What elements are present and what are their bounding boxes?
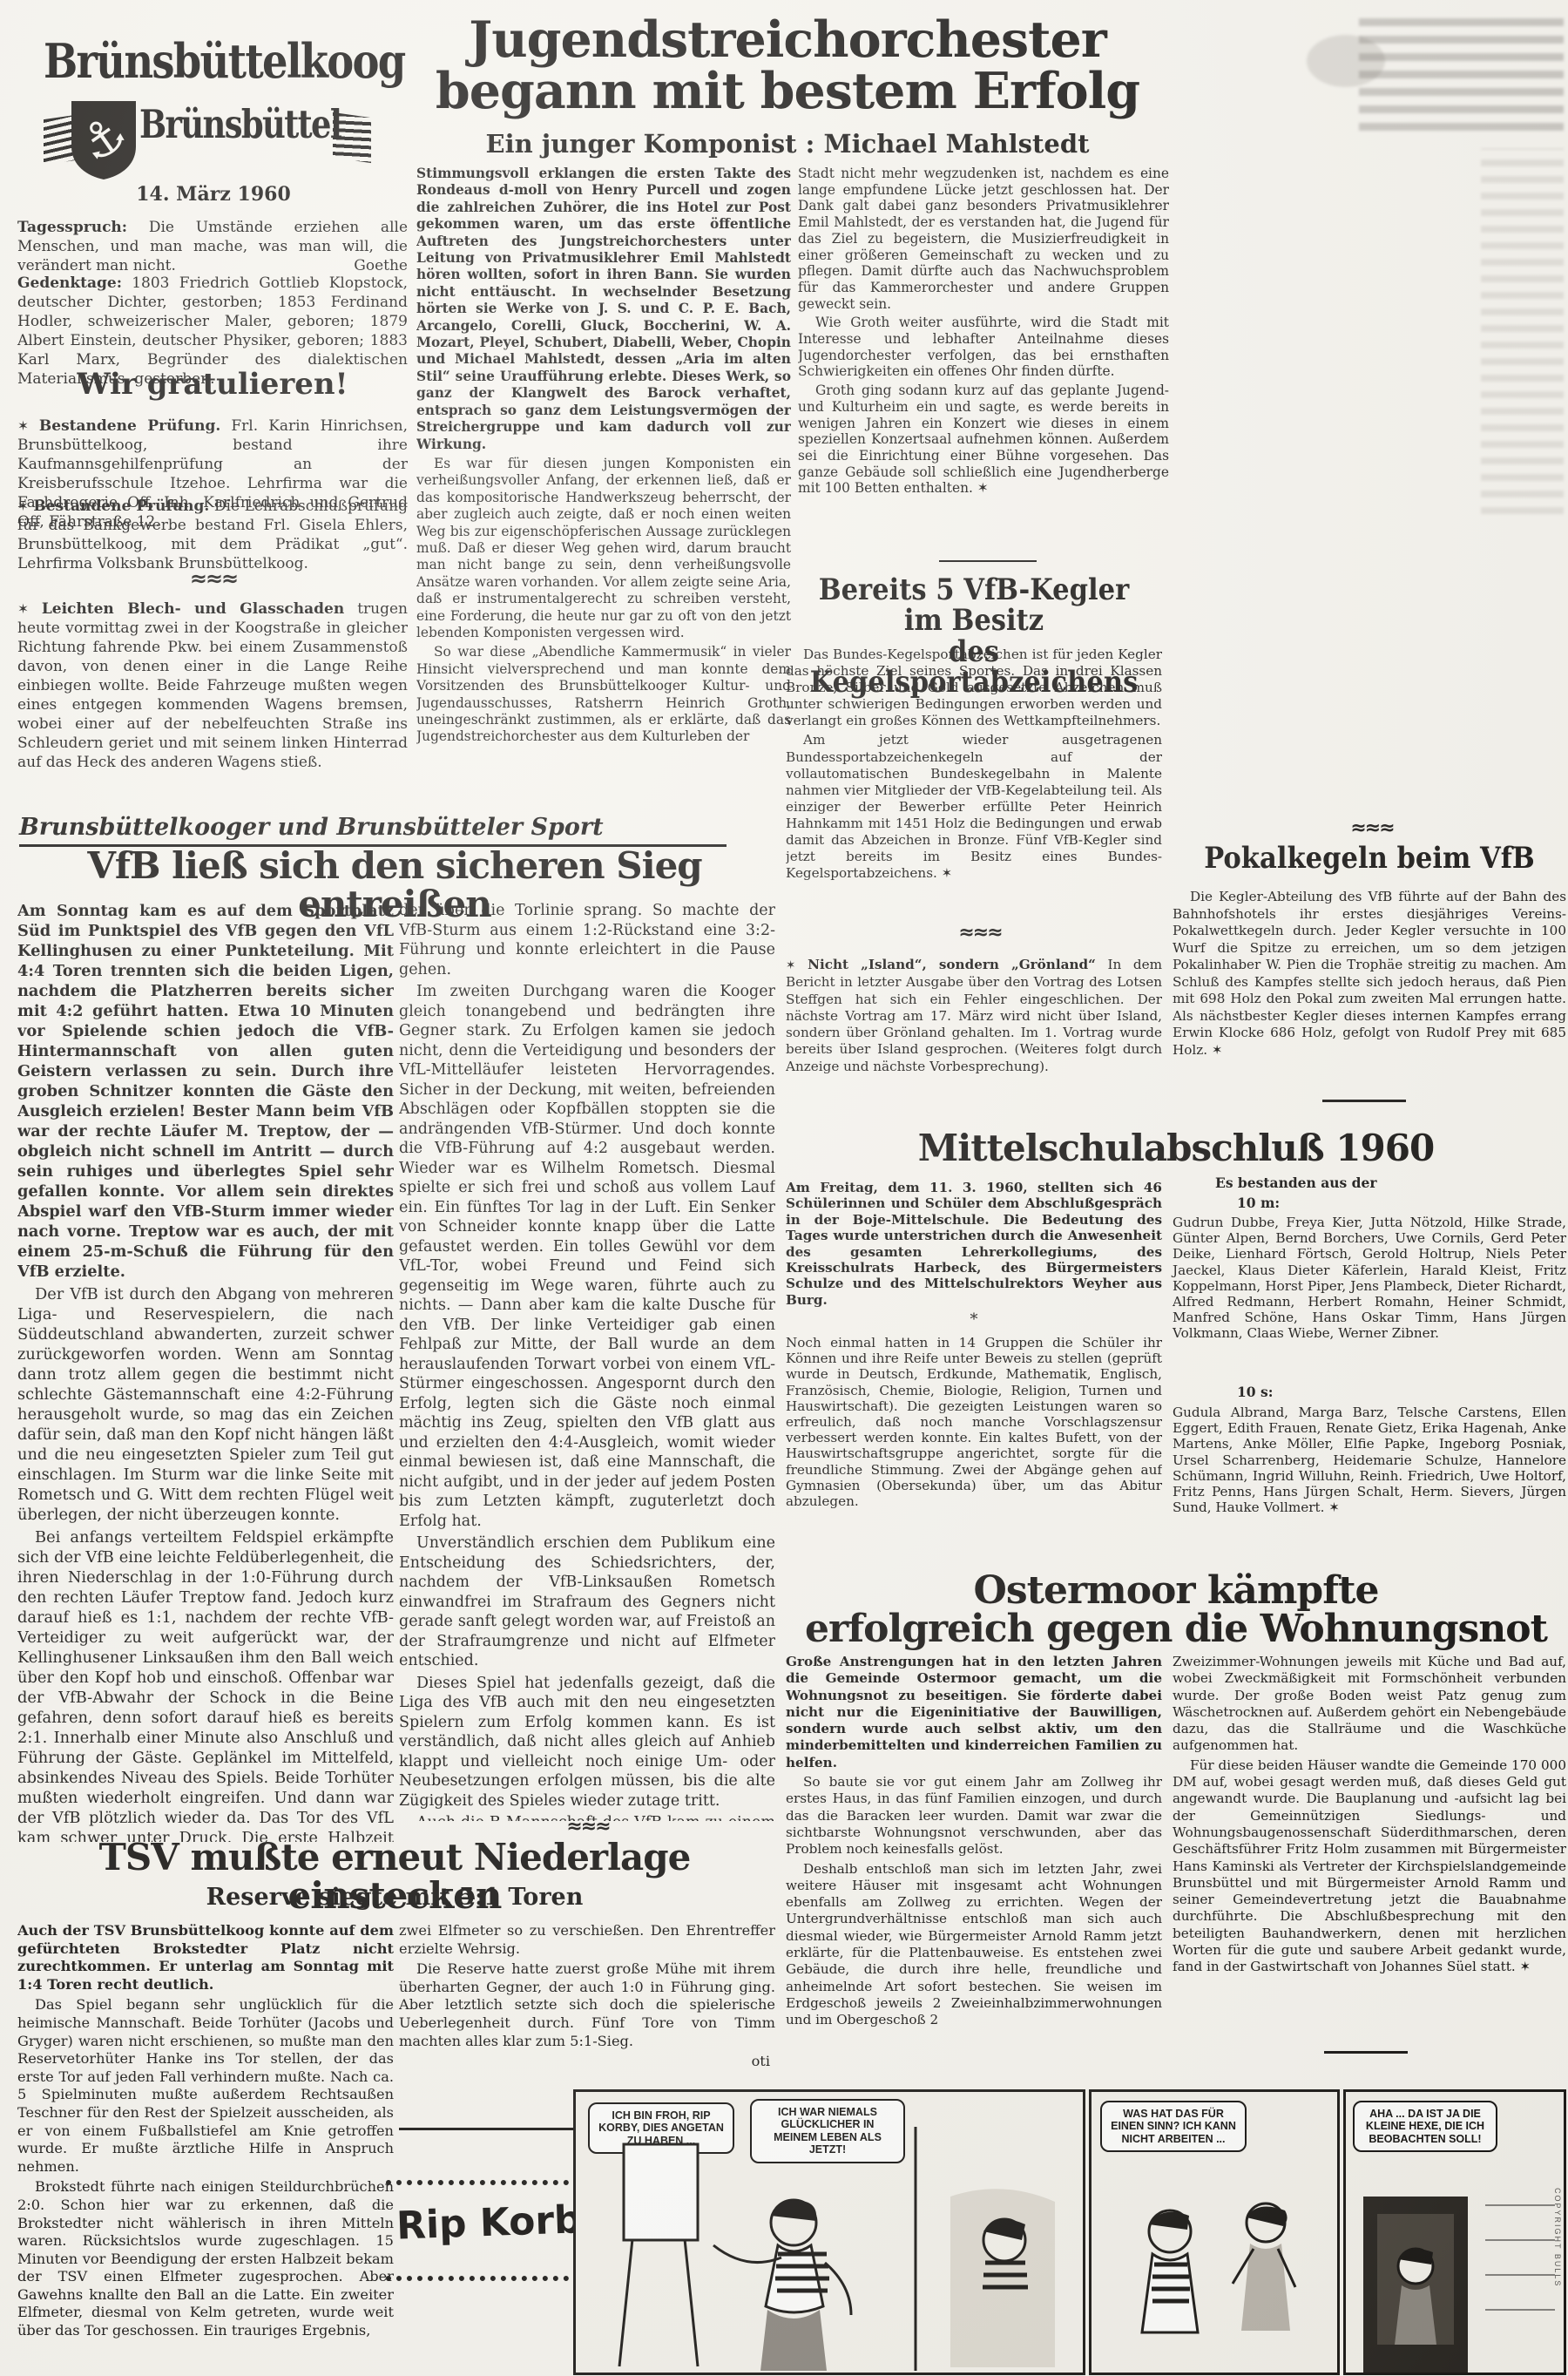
divider [939,560,1037,562]
paragraph: Das Spiel begann sehr unglücklich für di… [17,1996,394,2176]
comic-panel-1: Ich bin froh, Rip Korby, dies angetan zu… [573,2089,1085,2375]
paragraph: Gudula Albrand, Marga Barz, Telsche Cars… [1173,1405,1566,1515]
paragraph: Gudrun Dubbe, Freya Kier, Jutta Nötzold,… [1173,1215,1566,1342]
print-bleed-smudge [1307,35,1385,87]
ostermoor-headline-line2: erfolgreich gegen die Wohnungsnot [805,1607,1547,1651]
section-divider: ≈≈≈ [131,566,296,591]
news-item: ✶ Leichten Blech- und Glasschaden trugen… [17,599,408,789]
paragraph: So war diese „Abendliche Kammermusik“ in… [416,644,791,745]
print-bleed-smudge [1481,148,1564,514]
kegler-headline-line1: Bereits 5 VfB-Kegler im Besitz [819,572,1130,638]
mittelschule-paragraph-1: Am Freitag, dem 11. 3. 1960, stellten si… [786,1180,1162,1310]
kegler-body: Das Bundes-Kegelsportabzeichen ist für j… [786,646,1162,924]
names-10m: Gudrun Dubbe, Freya Kier, Jutta Nötzold,… [1173,1215,1566,1344]
paragraph: zwei Elfmeter so zu verschießen. Den Ehr… [399,1922,775,1958]
print-bleed-smudge [1359,9,1564,131]
comic-art [1092,2092,1337,2373]
paragraph: Zweizimmer-Wohnungen jeweils mit Küche u… [1173,1654,1566,1755]
bestanden-intro: Es bestanden aus der [1215,1174,1477,1191]
divider [1324,2051,1408,2054]
mittelschule-headline: Mittelschulabschluß 1960 [784,1129,1568,1168]
paragraph: Stadt nicht mehr wegzudenken ist, nachde… [798,166,1169,312]
jugend-headline: Jugendstreichorchester begann mit bestem… [416,14,1159,118]
tagesspruch: Tagesspruch: Die Umstände erziehen alle … [17,218,408,278]
flourish-right-icon [333,112,371,163]
label-10s: 10 s: [1237,1384,1411,1400]
author-signature: oti [399,2053,775,2071]
anchor-shield-icon: ⚓ [68,98,139,181]
paragraph: Brokstedt führte nach einigen Steildurch… [17,2178,394,2339]
paragraph: Deshalb entschloß man sich im letzten Ja… [786,1861,1162,2029]
paragraph: Für diese beiden Häuser wandte die Gemei… [1173,1757,1566,1976]
tsv-subhead: Reserve siegte mit 5:1 Toren [17,1885,772,1910]
comic-panel-2: Was hat das für einen Sinn? Ich kann nic… [1089,2089,1340,2375]
star-icon: ✶ [17,601,29,617]
jugend-column-2: Stadt nicht mehr wegzudenken ist, nachde… [798,166,1169,559]
item-lead: Bestandene Prüfung. [39,417,220,435]
jugend-headline-line1: Jugendstreichorchester [469,10,1106,69]
island-text: In dem Bericht in letzter Ausgabe über d… [786,957,1162,1074]
paragraph: Am Sonntag kam es auf dem Sportplatz Süd… [17,901,394,1282]
tagesspruch-label: Tagesspruch: [17,219,127,236]
paragraph: der über die Torlinie sprang. So machte … [399,901,775,979]
sport-column-1: Am Sonntag kam es auf dem Sportplatz Süd… [17,901,394,1842]
label-10m: 10 m: [1237,1195,1411,1211]
ostermoor-column-2: Zweizimmer-Wohnungen jeweils mit Küche u… [1173,1654,1566,2048]
newspaper-page: Brünsbüttelkoog ⚓ Brünsbüttel 14. März 1… [0,0,1568,2376]
star-icon: ✶ [17,418,29,434]
item-lead: Bestandene Prüfung. [33,498,209,515]
paragraph: Groth ging sodann kurz auf das geplante … [798,382,1169,497]
comic-art [576,2092,1083,2373]
news-item: ✶ Bestandene Prüfung. Die Lehrabschlußpr… [17,497,408,576]
paragraph: Unverständlich erschien dem Publikum ein… [399,1533,775,1671]
paragraph: Große Anstrengungen hat in den letzten J… [786,1654,1162,1771]
masthead-title-line1: Brünsbüttelkoog [44,33,340,89]
dateline: 14. März 1960 [17,183,409,206]
sport-section-header: Brunsbüttelkooger und Brunsbütteler Spor… [19,814,727,847]
copyright-notice: COPYRIGHT BULLS [1553,2188,1562,2287]
section-divider: ≈≈≈ [897,922,1063,944]
sport-column-2: der über die Torlinie sprang. So machte … [399,901,775,1821]
star-icon: ✶ [17,498,29,514]
paragraph: Die Reserve hatte zuerst große Mühe mit … [399,1960,775,2050]
jugend-headline-line2: begann mit bestem Erfolg [436,62,1139,120]
masthead-title-line2: Brünsbüttel [139,101,304,147]
star-icon: ✶ [786,958,795,972]
gratulieren-title: Wir gratulieren! [17,369,408,400]
item-lead: Leichten Blech- und Glasschaden [42,600,344,618]
pokal-body: Die Kegler-Abteilung des VfB führte auf … [1173,889,1566,1082]
paragraph: Im zweiten Durchgang waren die Kooger gl… [399,982,775,1531]
paragraph: Es war für diesen jungen Komponisten ein… [416,456,791,641]
divider [1322,1100,1406,1102]
paragraph: Bei anfangs verteiltem Feldspiel erkämpf… [17,1527,394,1842]
paragraph: Dieses Spiel hat jedenfalls gezeigt, daß… [399,1674,775,1811]
comic-panel-3: Aha ... da ist ja die kleine Hexe, die i… [1343,2089,1566,2375]
ostermoor-column-1: Große Anstrengungen hat in den letzten J… [786,1654,1162,2061]
jugend-column-1: Stimmungsvoll erklangen die ersten Takte… [416,166,791,826]
tsv-column-1: Auch der TSV Brunsbüttelkoog konnte auf … [17,1922,394,2376]
ostermoor-headline: Ostermoor kämpfte erfolgreich gegen die … [784,1572,1568,1648]
paragraph: So baute sie vor gut einem Jahr am Zollw… [786,1774,1162,1858]
asterisk-divider: * [786,1310,1162,1329]
paragraph: Stimmungsvoll erklangen die ersten Takte… [416,166,791,453]
pokal-headline: Pokalkegeln beim VfB [1193,843,1547,874]
item-text: trugen heute vormittag zwei in der Koogs… [17,600,408,771]
comic-art [1346,2092,1564,2373]
section-divider: ≈≈≈ [1289,817,1455,839]
paragraph: Die Kegler-Abteilung des VfB führte auf … [1173,889,1566,1059]
paragraph: Am jetzt wieder ausgetragenen Bundesspor… [786,732,1162,882]
mittelschule-paragraph-2: Noch einmal hatten in 14 Gruppen die Sch… [786,1335,1162,1563]
names-10s: Gudula Albrand, Marga Barz, Telsche Cars… [1173,1405,1566,1554]
paragraph: Auch der TSV Brunsbüttelkoog konnte auf … [17,1922,394,1994]
paragraph: Noch einmal hatten in 14 Gruppen die Sch… [786,1335,1162,1509]
gedenktage-label: Gedenktage: [17,274,122,292]
paragraph: Das Bundes-Kegelsportabzeichen ist für j… [786,646,1162,729]
tagesspruch-author: Goethe [354,256,408,275]
island-lead: Nicht „Island“, sondern „Grönland“ [808,957,1096,972]
paragraph: Wie Groth weiter ausführte, wird die Sta… [798,315,1169,380]
jugend-subhead: Ein junger Komponist : Michael Mahlstedt [416,131,1159,157]
paragraph: Der VfB ist durch den Abgang von mehrere… [17,1284,394,1525]
section-divider: ≈≈≈ [505,1816,671,1838]
paragraph: Am Freitag, dem 11. 3. 1960, stellten si… [786,1180,1162,1308]
masthead: Brünsbüttelkoog ⚓ Brünsbüttel [17,14,414,179]
